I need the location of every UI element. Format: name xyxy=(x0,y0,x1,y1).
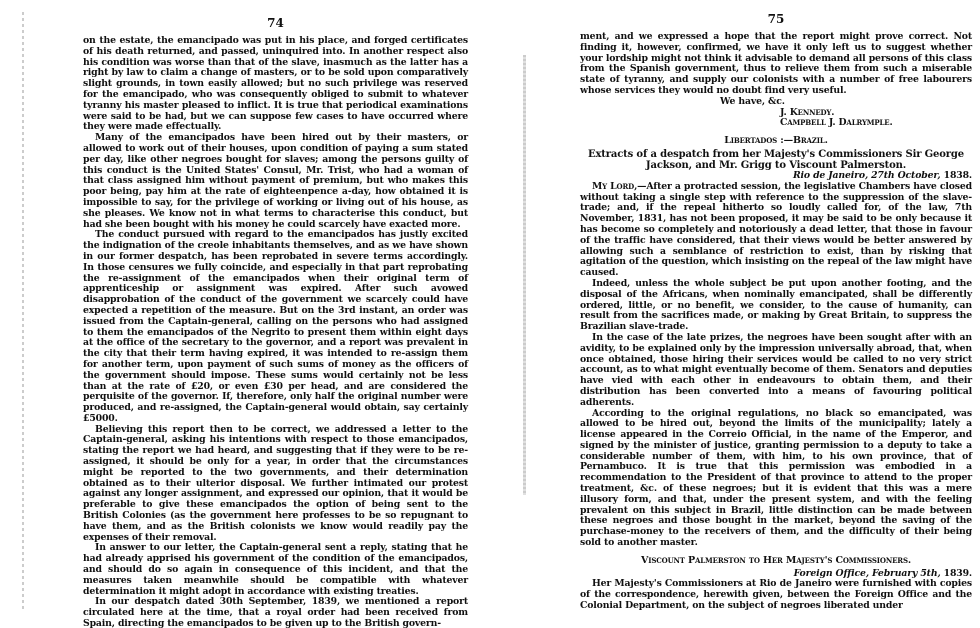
paragraph: Indeed, unless the whole subject be put … xyxy=(580,279,972,333)
book-gutter xyxy=(523,55,526,495)
dateline-place: Rio de Janeiro, 27th October, xyxy=(793,170,941,181)
paragraph: In answer to our letter, the Captain-gen… xyxy=(83,543,468,597)
left-page: 74 on the estate, the emancipado was put… xyxy=(83,0,468,628)
dateline-year: 1838. xyxy=(944,170,972,181)
signatory: J. Kennedy. xyxy=(580,108,972,119)
paragraph: ment, and we expressed a hope that the r… xyxy=(580,32,972,97)
paragraph: on the estate, the emancipado was put in… xyxy=(83,36,468,133)
page-number: 74 xyxy=(83,16,468,36)
paragraph: In the case of the late prizes, the negr… xyxy=(580,333,972,409)
dateline-place: Foreign Office, February 5th, xyxy=(794,568,941,579)
signatory: Campbell J. Dalrymple. xyxy=(580,118,972,129)
right-page-body: ment, and we expressed a hope that the r… xyxy=(580,32,972,612)
right-page: 75 ment, and we expressed a hope that th… xyxy=(580,0,972,612)
closing: We have, &c. xyxy=(580,97,972,108)
page-number: 75 xyxy=(580,12,972,32)
section-heading: Libertados :—Brazil. xyxy=(580,136,972,147)
section-heading: Viscount Palmerston to Her Majesty's Com… xyxy=(580,556,972,567)
paragraph: According to the original regulations, n… xyxy=(580,409,972,549)
paragraph: The conduct pursued with regard to the e… xyxy=(83,230,468,424)
paragraph: Her Majesty's Commissioners at Rio de Ja… xyxy=(580,579,972,611)
dateline-year: 1839. xyxy=(944,568,972,579)
paragraph: Believing this report then to be correct… xyxy=(83,425,468,544)
salutation: My Lord, xyxy=(592,181,637,192)
paragraph: Many of the emancipados have been hired … xyxy=(83,133,468,230)
paragraph-text: —After a protracted session, the legisla… xyxy=(580,181,972,278)
scan-edge-left xyxy=(22,12,24,612)
paragraph: In our despatch dated 30th September, 18… xyxy=(83,597,468,628)
left-page-body: on the estate, the emancipado was put in… xyxy=(83,36,468,628)
paragraph: My Lord,—After a protracted session, the… xyxy=(580,182,972,279)
section-subheading: Extracts of a despatch from her Majesty'… xyxy=(580,149,972,171)
book-spread: 74 on the estate, the emancipado was put… xyxy=(0,0,980,628)
